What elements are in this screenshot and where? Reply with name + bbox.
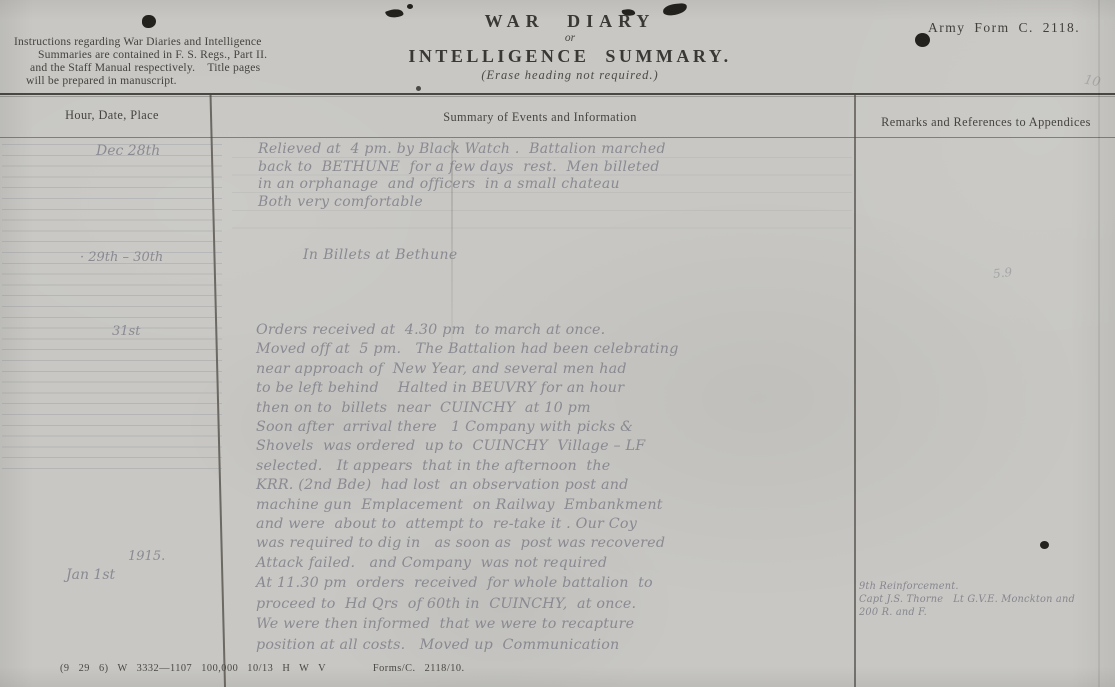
ink-blot — [142, 15, 156, 28]
handwritten-line: back to BETHUNE for a few days rest. Men… — [258, 159, 666, 177]
handwritten-line: KRR. (2nd Bde) had lost an observation p… — [256, 476, 679, 495]
form-title: WAR DIARY — [365, 11, 775, 32]
instructions-note: Instructions regarding War Diaries and I… — [14, 36, 314, 88]
column-header-summary: Summary of Events and Information — [443, 110, 637, 125]
scan-edge — [1098, 0, 1100, 687]
entry-dec31-date: 31st — [112, 324, 140, 339]
entry-jan1-summary: At 11.30 pm orders received for whole ba… — [256, 573, 653, 655]
column-header-hour-date-place: Hour, Date, Place — [65, 108, 159, 123]
handwritten-line: position at all costs. Moved up Communic… — [256, 635, 653, 656]
instructions-line: and the Staff Manual respectively. Title… — [14, 62, 314, 75]
handwritten-line: Both very comfortable — [258, 194, 666, 212]
form-title-or: or — [365, 32, 775, 45]
entry-dec28-summary: Relieved at 4 pm. by Black Watch . Batta… — [258, 141, 666, 211]
handwritten-line: 200 R. and F. — [859, 606, 1075, 619]
ink-blot — [416, 86, 421, 91]
remarks-reinforcement-note: 9th Reinforcement. Capt J.S. Thorne Lt G… — [859, 580, 1075, 619]
header-rule-shadow — [0, 96, 1115, 97]
form-masthead: WAR DIARY or INTELLIGENCE SUMMARY. (Eras… — [365, 11, 775, 83]
handwritten-line: Soon after arrival there 1 Company with … — [256, 418, 679, 437]
column-divider-right — [854, 94, 856, 687]
handwritten-line: Attack failed. and Company was not requi… — [256, 554, 679, 573]
entry-jan1-date: Jan 1st — [66, 567, 115, 583]
handwritten-line: Relieved at 4 pm. by Black Watch . Batta… — [258, 141, 666, 159]
army-form-number: Army Form C. 2118. — [928, 20, 1080, 36]
handwritten-line: near approach of New Year, and several m… — [256, 360, 679, 379]
entry-jan1-year: 1915. — [128, 549, 165, 564]
form-code: Forms/C. 2118/10. — [373, 663, 465, 674]
ink-blot — [1040, 541, 1049, 549]
form-footer: (9 29 6) W 3332—1107 100,000 10/13 H W V… — [60, 663, 465, 674]
handwritten-line: and were about to attempt to re-take it … — [256, 515, 679, 534]
entry-dec29-30-date: · 29th – 30th — [80, 250, 163, 265]
ledger-ruling — [2, 144, 222, 472]
war-diary-scanned-page: Instructions regarding War Diaries and I… — [0, 0, 1115, 687]
handwritten-line: Shovels was ordered up to CUINCHY Villag… — [256, 437, 679, 456]
entry-dec28-date: Dec 28th — [96, 143, 160, 159]
handwritten-line: We were then informed that we were to re… — [256, 614, 653, 635]
handwritten-line: selected. It appears that in the afterno… — [256, 457, 679, 476]
handwritten-line: then on to billets near CUINCHY at 10 pm — [256, 399, 679, 418]
handwritten-line: machine gun Emplacement on Railway Emban… — [256, 496, 679, 515]
ink-blot — [407, 4, 413, 9]
handwritten-line: to be left behind Halted in BEUVRY for a… — [256, 379, 679, 398]
handwritten-line: 9th Reinforcement. — [859, 580, 1075, 593]
handwritten-line: Moved off at 5 pm. The Battalion had bee… — [256, 340, 679, 359]
entry-dec31-summary: Orders received at 4.30 pm to march at o… — [256, 321, 679, 573]
instructions-line: will be prepared in manuscript. — [14, 75, 314, 88]
column-header-remarks: Remarks and References to Appendices — [881, 115, 1091, 130]
handwritten-line: Capt J.S. Thorne Lt G.V.E. Monckton and — [859, 593, 1075, 606]
column-header-rule — [0, 137, 1115, 138]
instructions-line: Instructions regarding War Diaries and I… — [14, 36, 314, 49]
form-subtitle: INTELLIGENCE SUMMARY. — [365, 45, 775, 67]
pencil-mark: 5.9 — [992, 265, 1012, 281]
handwritten-line: In Billets at Bethune — [303, 247, 458, 263]
handwritten-line: proceed to Hd Qrs of 60th in CUINCHY, at… — [256, 594, 653, 615]
handwritten-line: in an orphanage and officers in a small … — [258, 176, 666, 194]
handwritten-line: was required to dig in as soon as post w… — [256, 534, 679, 553]
print-code: (9 29 6) W 3332—1107 100,000 10/13 H W V — [60, 663, 326, 674]
header-rule — [0, 93, 1115, 95]
handwritten-line: Orders received at 4.30 pm to march at o… — [256, 321, 679, 340]
entry-dec29-30-summary: In Billets at Bethune — [303, 247, 458, 263]
form-erase-note: (Erase heading not required.) — [365, 67, 775, 83]
instructions-line: Summaries are contained in F. S. Regs., … — [14, 49, 314, 62]
handwritten-line: At 11.30 pm orders received for whole ba… — [256, 573, 653, 594]
